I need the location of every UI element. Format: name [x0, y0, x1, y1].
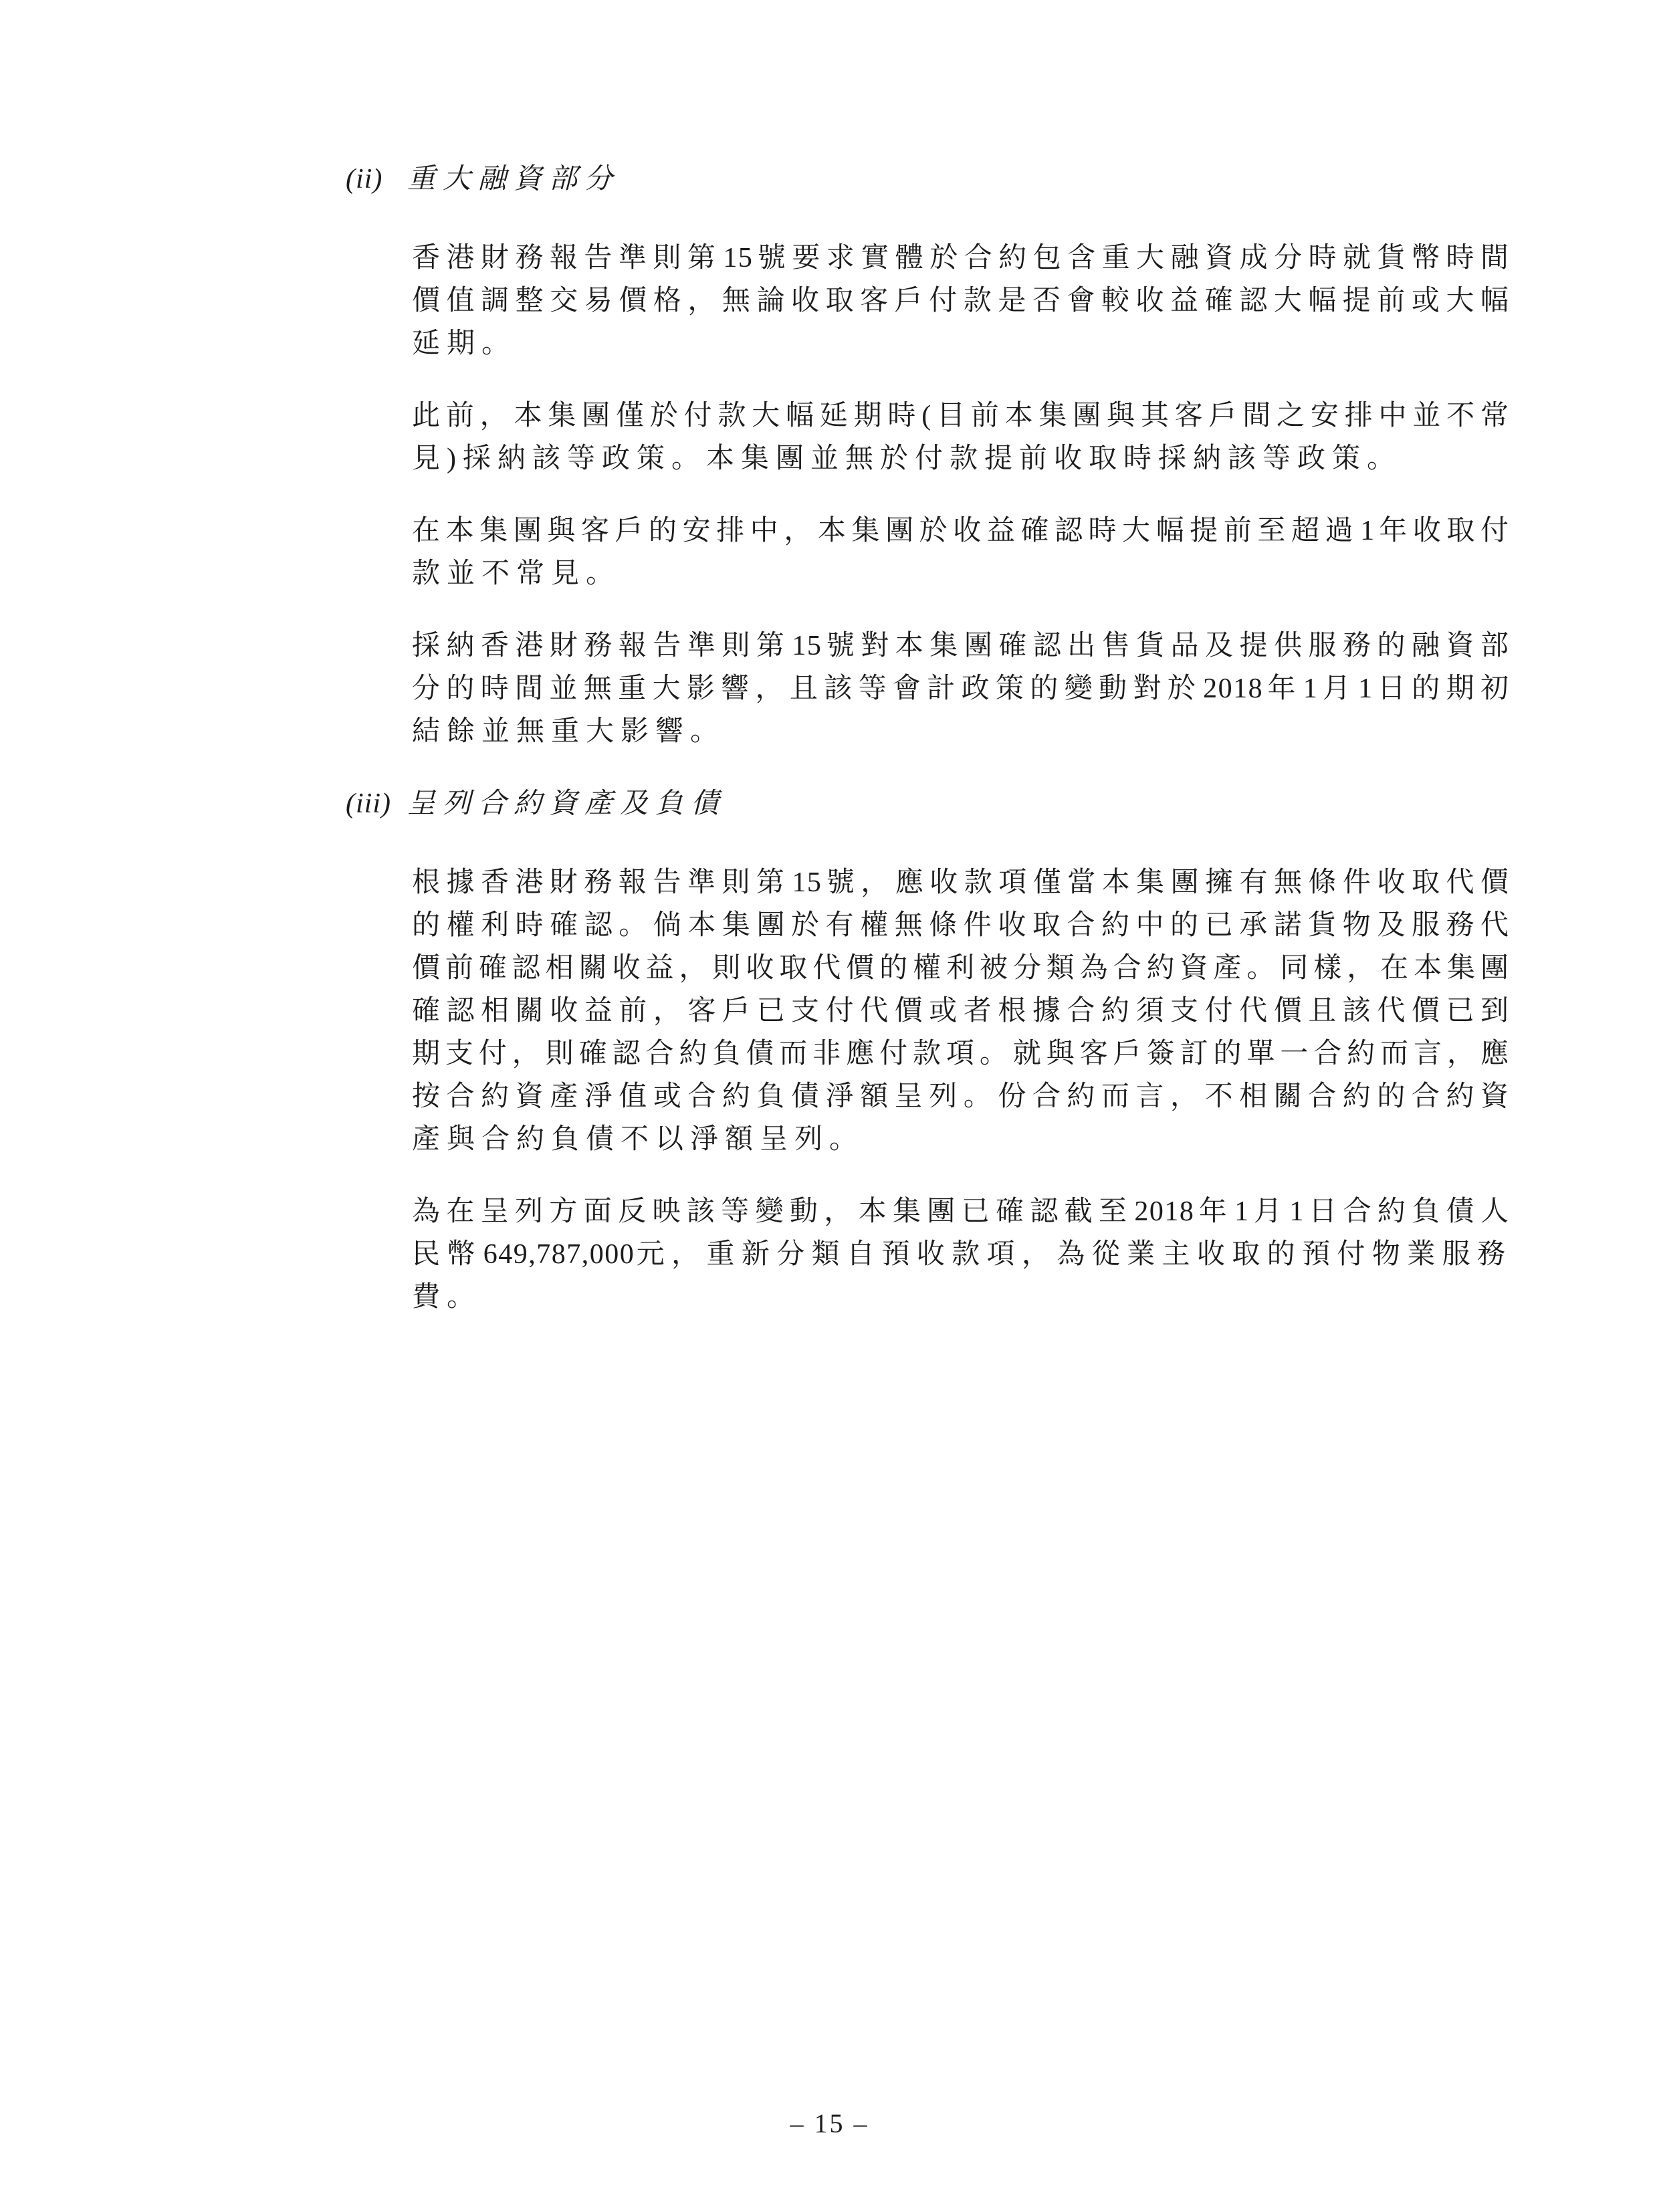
text-line: 採納香港財務報告準則第15號對本集團確認出售貨品及提供服務的融資部 [412, 625, 1512, 667]
page-number: – 15 – [0, 2108, 1659, 2139]
text-line: 香港財務報告準則第15號要求實體於合約包含重大融資成分時就貨幣時間 [412, 237, 1512, 280]
section-title: 呈列合約資產及負債 [407, 782, 726, 825]
text-line: 按合約資產淨值或合約負債淨額呈列。份合約而言，不相關合約的合約資 [412, 1075, 1512, 1118]
paragraph: 此前，本集團僅於付款大幅延期時(目前本集團與其客戶間之安排中並不常見)採納該等政… [412, 395, 1512, 480]
text-line: 期支付，則確認合約負債而非應付款項。就與客戶簽訂的單一合約而言，應 [412, 1032, 1512, 1075]
text-line: 此前，本集團僅於付款大幅延期時(目前本集團與其客戶間之安排中並不常 [412, 395, 1512, 437]
text-line: 確認相關收益前，客戶已支付代價或者根據合約須支付代價且該代價已到 [412, 990, 1512, 1032]
text-line: 見)採納該等政策。本集團並無於付款提前收取時採納該等政策。 [412, 437, 1512, 480]
section-paragraphs: 香港財務報告準則第15號要求實體於合約包含重大融資成分時就貨幣時間價值調整交易價… [412, 237, 1512, 753]
paragraph: 為在呈列方面反映該等變動，本集團已確認截至2018年1月1日合約負債人民幣649… [412, 1190, 1512, 1319]
section-heading: (iii) 呈列合約資產及負債 [346, 782, 1512, 825]
document-page: (ii) 重大融資部分 香港財務報告準則第15號要求實體於合約包含重大融資成分時… [0, 0, 1659, 2212]
paragraph: 香港財務報告準則第15號要求實體於合約包含重大融資成分時就貨幣時間價值調整交易價… [412, 237, 1512, 365]
section-marker: (ii) [346, 158, 407, 201]
document-body: (ii) 重大融資部分 香港財務報告準則第15號要求實體於合約包含重大融資成分時… [346, 158, 1512, 1348]
text-line: 分的時間並無重大影響，且該等會計政策的變動對於2018年1月1日的期初 [412, 667, 1512, 710]
text-line: 在本集團與客戶的安排中，本集團於收益確認時大幅提前至超過1年收取付 [412, 510, 1512, 552]
paragraph: 在本集團與客戶的安排中，本集團於收益確認時大幅提前至超過1年收取付款並不常見。 [412, 510, 1512, 595]
text-line: 民幣649,787,000元，重新分類自預收款項，為從業主收取的預付物業服務費。 [412, 1233, 1512, 1319]
section-marker: (iii) [346, 782, 407, 825]
document-section: (ii) 重大融資部分 香港財務報告準則第15號要求實體於合約包含重大融資成分時… [346, 158, 1512, 753]
text-line: 產與合約負債不以淨額呈列。 [412, 1118, 1512, 1161]
section-paragraphs: 根據香港財務報告準則第15號，應收款項僅當本集團擁有無條件收取代價的權利時確認。… [412, 861, 1512, 1319]
section-title: 重大融資部分 [407, 158, 620, 201]
text-line: 延期。 [412, 322, 1512, 365]
text-line: 結餘並無重大影響。 [412, 710, 1512, 753]
text-line: 價值調整交易價格，無論收取客戶付款是否會較收益確認大幅提前或大幅 [412, 280, 1512, 322]
paragraph: 採納香港財務報告準則第15號對本集團確認出售貨品及提供服務的融資部分的時間並無重… [412, 625, 1512, 753]
text-line: 價前確認相關收益，則收取代價的權利被分類為合約資產。同樣，在本集團 [412, 947, 1512, 990]
paragraph: 根據香港財務報告準則第15號，應收款項僅當本集團擁有無條件收取代價的權利時確認。… [412, 861, 1512, 1161]
text-line: 款並不常見。 [412, 552, 1512, 595]
section-heading: (ii) 重大融資部分 [346, 158, 1512, 201]
text-line: 為在呈列方面反映該等變動，本集團已確認截至2018年1月1日合約負債人 [412, 1190, 1512, 1233]
text-line: 根據香港財務報告準則第15號，應收款項僅當本集團擁有無條件收取代價 [412, 861, 1512, 904]
document-section: (iii) 呈列合約資產及負債 根據香港財務報告準則第15號，應收款項僅當本集團… [346, 782, 1512, 1319]
text-line: 的權利時確認。倘本集團於有權無條件收取合約中的已承諾貨物及服務代 [412, 904, 1512, 947]
